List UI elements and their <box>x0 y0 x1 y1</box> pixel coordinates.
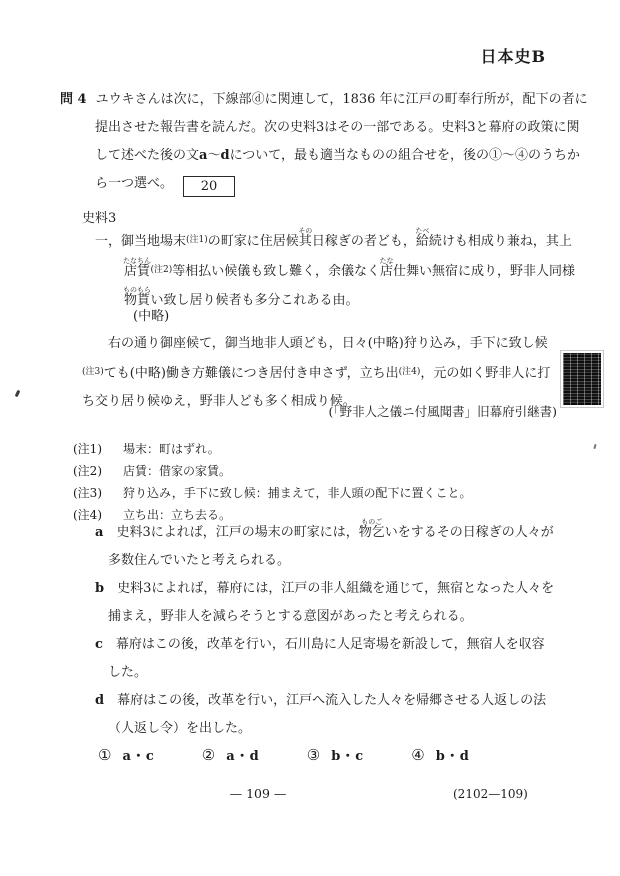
option-4-circled-number: ④ <box>411 746 424 764</box>
statement-d: d幕府はこの後，改革を行い，江戸へ流入した人々を帰郷させる人返しの法（人返し令）… <box>95 687 557 743</box>
booklet-code: (2102—109) <box>453 787 528 801</box>
statement-c: c幕府はこの後，改革を行い，石川島に人足寄場を新設して，無宿人を収容した。 <box>95 631 557 687</box>
source-paragraph-1-text: 御当地場末(注1)の町家に住居候其その日稼ぎの者ども，給たべ続けも相成り兼ね，其… <box>121 234 575 308</box>
note-1-label: (注1) <box>73 438 123 460</box>
option-2-pair: a・d <box>226 749 260 764</box>
note-1-text: 場末：町はずれ。 <box>123 442 220 456</box>
page-title: 日本史B <box>480 44 546 67</box>
source-heading: 史料3 <box>82 207 116 226</box>
option-3-pair: b・c <box>331 749 364 764</box>
note-3: (注3)狩り込み，手下に致し候：捕まえて，非人頭の配下に置くこと。 <box>73 482 553 504</box>
exam-page: 日本史B 問 4ユウキさんは次に，下線部ⓓに関連して，1836 年に江戸の町奉行… <box>0 0 620 876</box>
option-1: ①a・c <box>98 743 155 769</box>
statements-list: a史料3によれば，江戸の場末の町家には，物乞ものごいをするその日稼ぎの人々が多数… <box>95 518 557 743</box>
note-3-label: (注3) <box>73 482 123 504</box>
answer-options-row: ①a・c ②a・d ③b・c ④b・d <box>98 743 470 769</box>
statement-b-text: 史料3によれば，幕府には，江戸の非人組織を通じて，無宿となった人々を捕まえ，野非… <box>108 581 554 624</box>
statement-b: b史料3によれば，幕府には，江戸の非人組織を通じて，無宿となった人々を捕まえ，野… <box>95 575 557 631</box>
statement-a: a史料3によれば，江戸の場末の町家には，物乞ものごいをするその日稼ぎの人々が多数… <box>95 518 557 575</box>
statement-d-letter: d <box>95 693 104 708</box>
option-3: ③b・c <box>307 743 364 769</box>
statement-c-text: 幕府はこの後，改革を行い，石川島に人足寄場を新設して，無宿人を収容した。 <box>108 637 545 680</box>
question-text: ユウキさんは次に，下線部ⓓに関連して，1836 年に江戸の町奉行所が，配下の者に… <box>95 92 588 191</box>
source-paragraph-1: 一，御当地場末(注1)の町家に住居候其その日稼ぎの者ども，給たべ続けも相成り兼ね… <box>95 226 585 315</box>
option-2: ②a・d <box>202 743 260 769</box>
statement-a-letter: a <box>95 525 103 540</box>
item-marker: 一， <box>95 234 121 249</box>
option-4: ④b・d <box>411 743 470 769</box>
note-2: (注2)店賃：借家の家賃。 <box>73 460 553 482</box>
page-number: — 109 — <box>203 786 313 801</box>
note-3-text: 狩り込み，手下に致し候：捕まえて，非人頭の配下に置くこと。 <box>123 486 471 500</box>
statement-d-text: 幕府はこの後，改革を行い，江戸へ流入した人々を帰郷させる人返しの法（人返し令）を… <box>108 693 546 736</box>
source-attribution: (「野非人之儀ニ付風聞書」旧幕府引継書) <box>0 402 557 420</box>
note-2-label: (注2) <box>73 460 123 482</box>
note-1: (注1)場末：町はずれ。 <box>73 438 553 460</box>
question-4: 問 4ユウキさんは次に，下線部ⓓに関連して，1836 年に江戸の町奉行所が，配下… <box>60 86 592 198</box>
scan-speck-left <box>15 390 21 398</box>
answer-number-box: 20 <box>183 176 235 197</box>
option-1-pair: a・c <box>122 749 154 764</box>
note-2-text: 店賃：借家の家賃。 <box>123 464 231 478</box>
statement-c-letter: c <box>95 637 103 652</box>
notes-list: (注1)場末：町はずれ。 (注2)店賃：借家の家賃。 (注3)狩り込み，手下に致… <box>73 438 553 526</box>
statement-a-text: 史料3によれば，江戸の場末の町家には，物乞ものごいをするその日稼ぎの人々が多数住… <box>108 525 554 568</box>
scan-artifact-ink-block <box>563 353 601 405</box>
statement-b-letter: b <box>95 581 104 596</box>
option-3-circled-number: ③ <box>307 746 320 764</box>
option-1-circled-number: ① <box>98 746 111 764</box>
scan-speck-right <box>593 444 596 449</box>
question-number-label: 問 4 <box>60 92 87 107</box>
option-4-pair: b・d <box>436 749 470 764</box>
option-2-circled-number: ② <box>202 746 215 764</box>
omission-marker: (中略) <box>133 306 169 328</box>
